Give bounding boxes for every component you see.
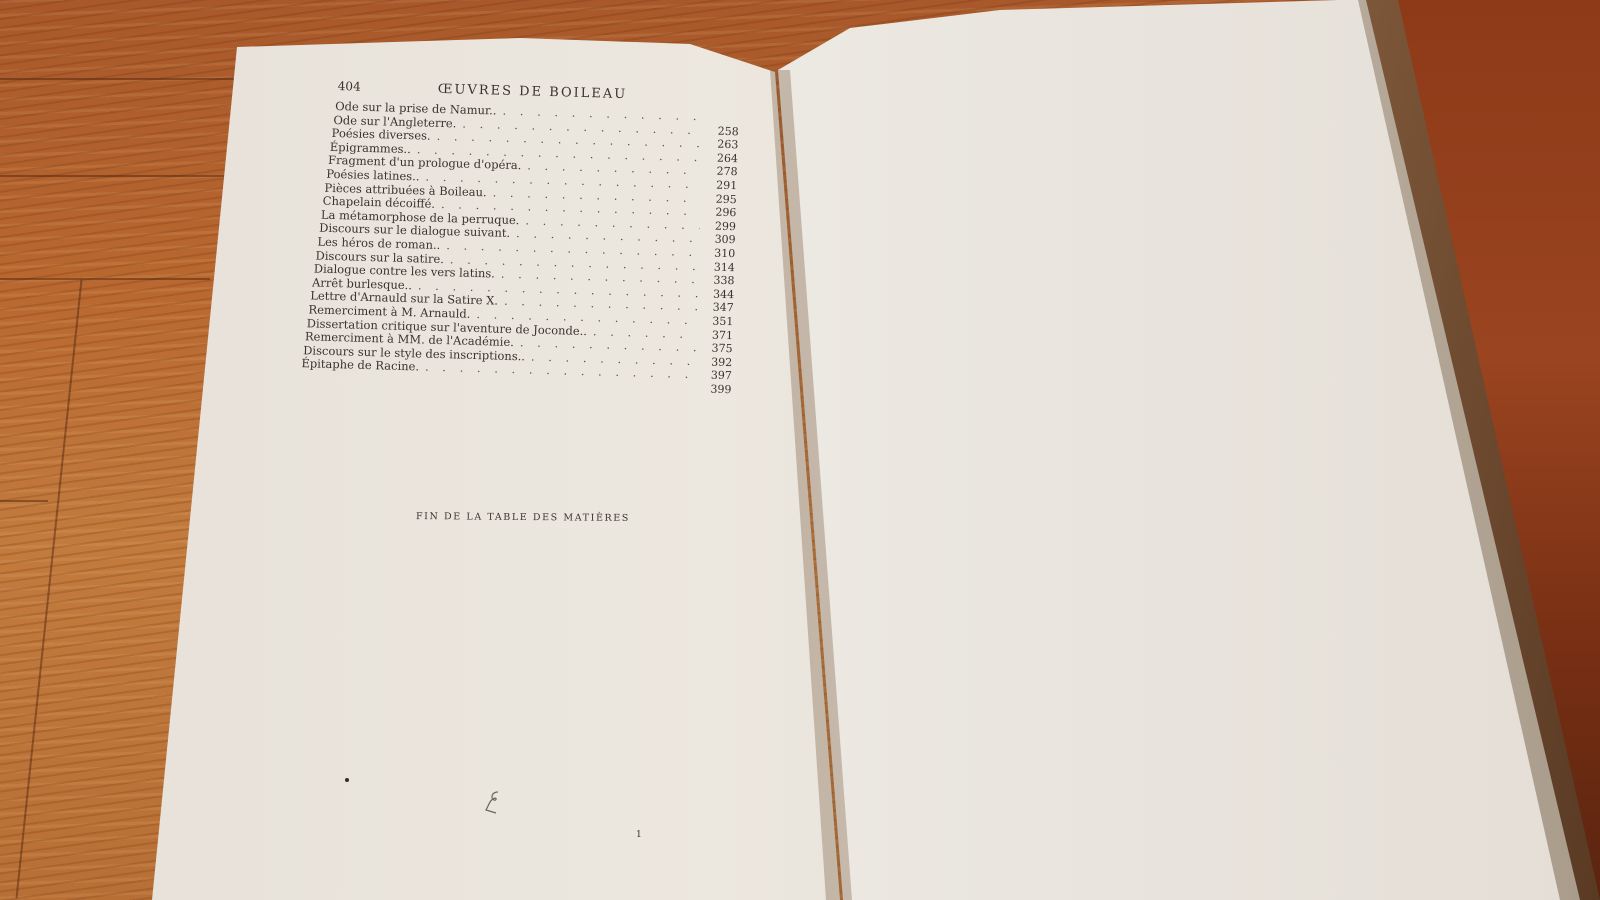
toc-entry-page: 278 — [707, 165, 737, 179]
toc-entry-page: 371 — [703, 328, 733, 342]
toc-list: Ode sur la prise de Namur..Ode sur l'Ang… — [291, 99, 739, 397]
toc-entry-page: 397 — [702, 369, 732, 383]
toc-entry-page: 309 — [705, 233, 735, 247]
plank-seam — [0, 175, 225, 177]
toc-entry-page: 296 — [706, 206, 736, 220]
plank-seam — [0, 278, 210, 280]
toc-entry-page: 351 — [703, 314, 733, 328]
toc-entry-page: 338 — [704, 274, 734, 288]
toc-entry-page: 264 — [708, 151, 738, 165]
toc-entry-page — [709, 120, 739, 121]
plank-seam — [0, 78, 240, 80]
plank-seam — [0, 500, 48, 502]
toc-entry-page: 291 — [707, 178, 737, 192]
toc-entry-page: 299 — [706, 219, 736, 233]
toc-entry-page: 375 — [702, 341, 732, 355]
page-number: 404 — [338, 79, 398, 95]
toc-entry-page: 314 — [705, 260, 735, 274]
end-of-toc-note: FIN DE LA TABLE DES MATIÈRES — [416, 511, 630, 524]
toc-entry-page: 310 — [705, 246, 735, 260]
toc-entry-page: 295 — [707, 192, 737, 206]
toc-entry-page: 344 — [704, 287, 734, 301]
ink-spot — [345, 778, 349, 782]
pencil-mark-icon — [478, 788, 508, 818]
table-of-contents: 404 ŒUVRES DE BOILEAU Ode sur la prise d… — [291, 78, 739, 397]
toc-entry-page: 392 — [702, 355, 732, 369]
toc-entry-page: 263 — [708, 138, 738, 152]
toc-entry-page: 258 — [708, 124, 738, 138]
plank-seam — [15, 280, 82, 899]
toc-entry-page: 399 — [701, 382, 731, 396]
toc-entry-page: 347 — [704, 301, 734, 315]
folio-mark: 1 — [636, 830, 642, 840]
